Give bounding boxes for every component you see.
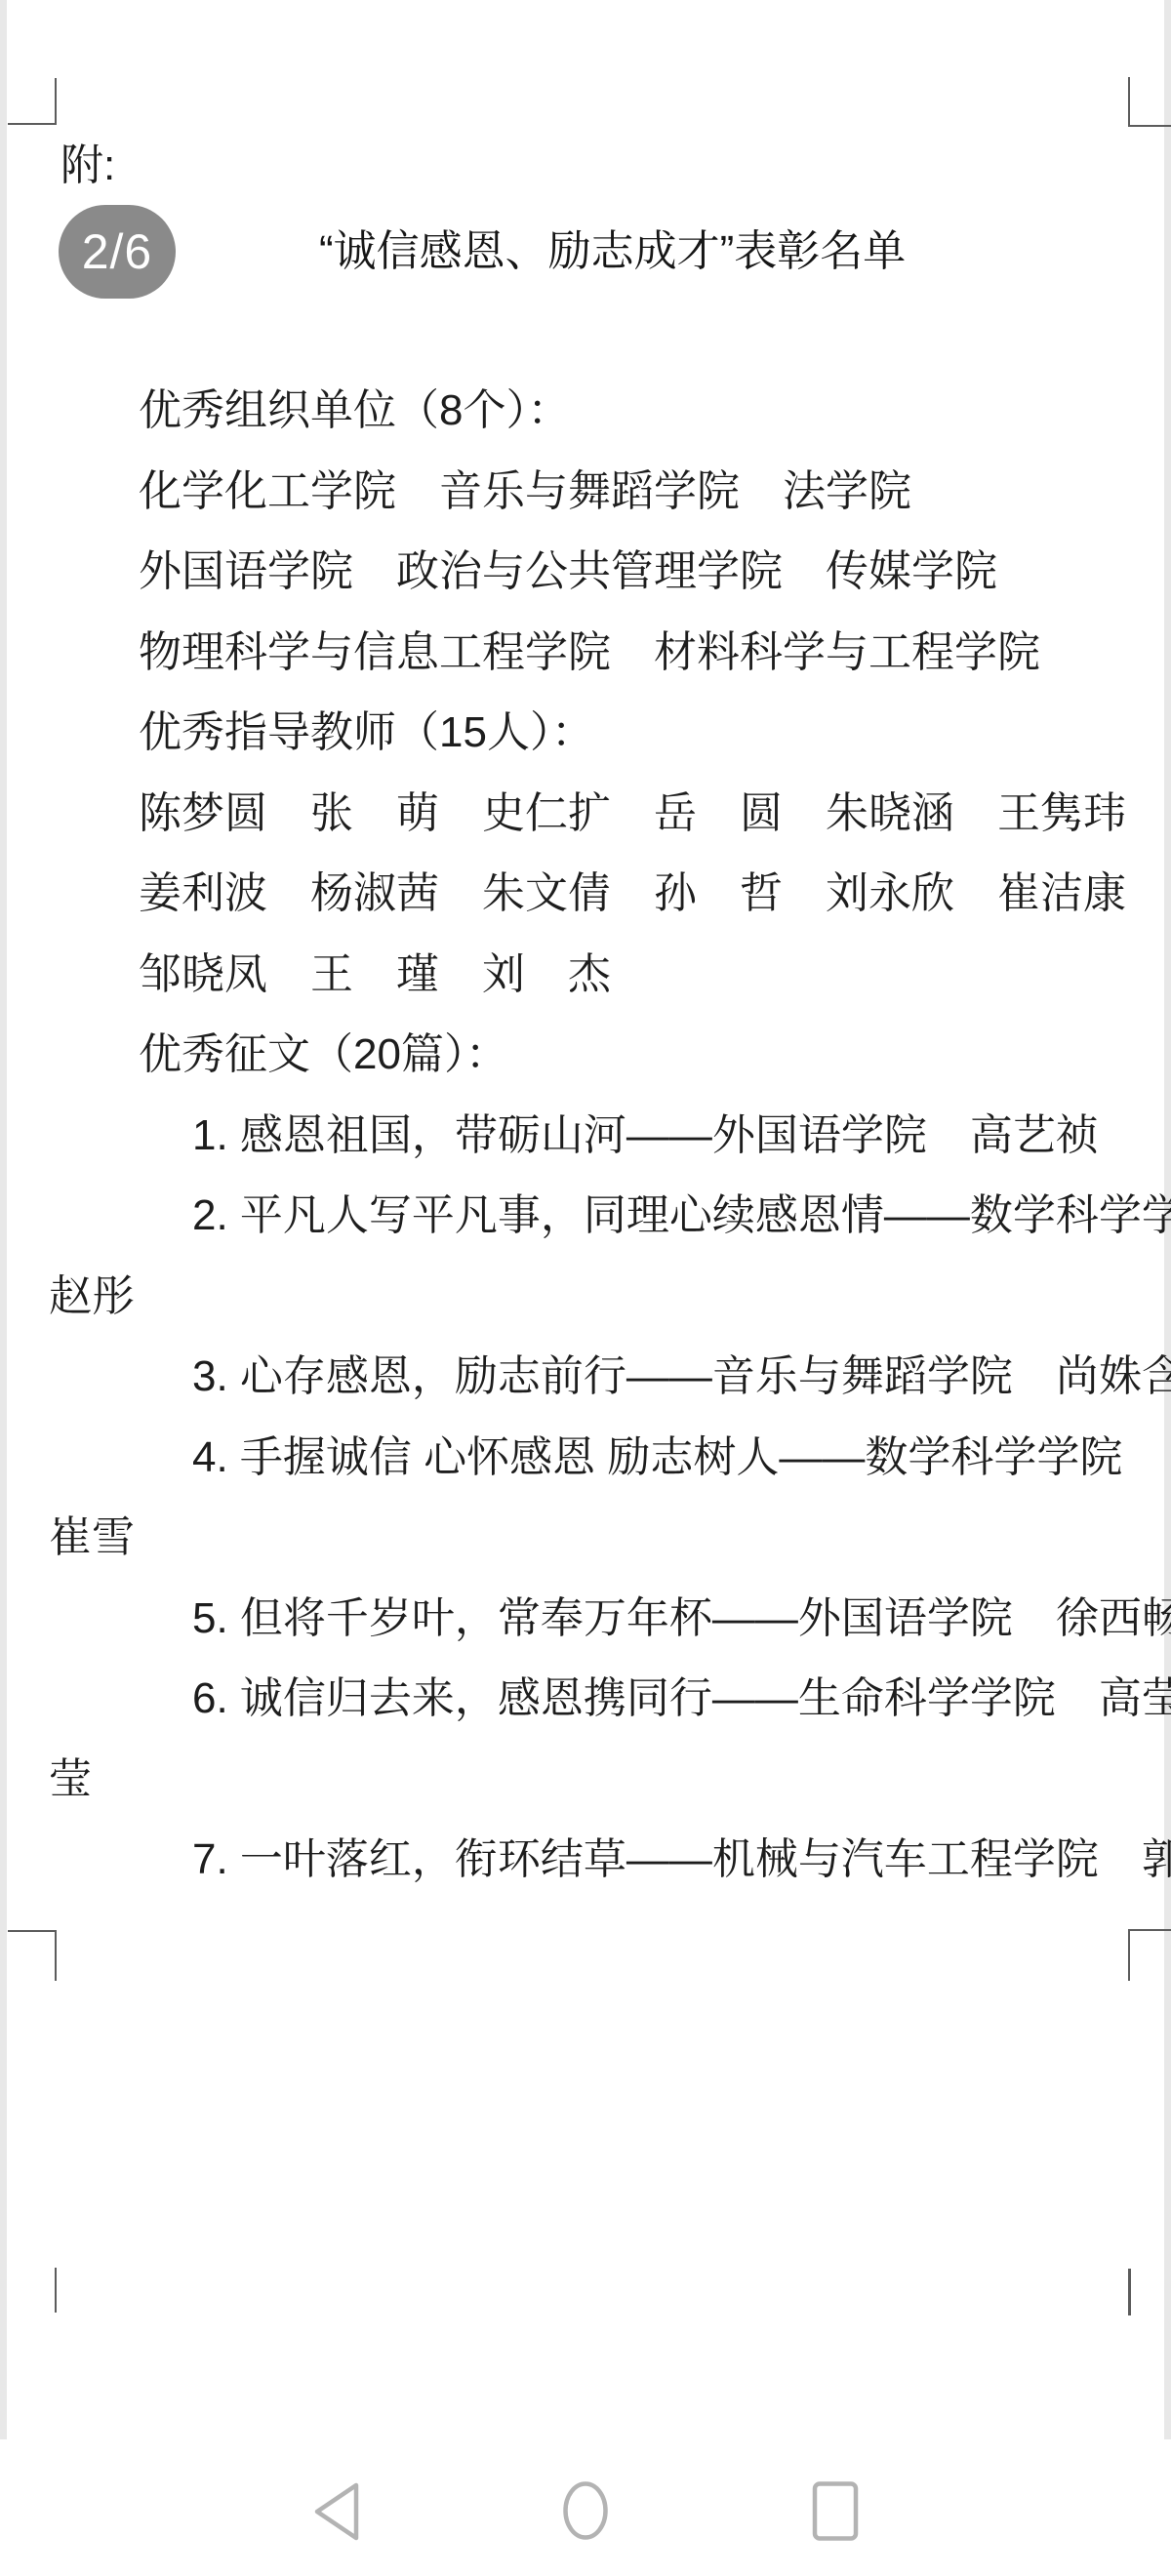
doc-line: 物理科学与信息工程学院 材料科学与工程学院 — [139, 625, 1040, 680]
doc-line: 优秀征文（20篇）： — [139, 1027, 508, 1082]
doc-line: 莹 — [49, 1752, 92, 1807]
doc-line: 陈梦圆 张 萌 史仁扩 岳 圆 朱晓涵 王隽玮 — [139, 786, 1126, 841]
doc-line: 外国语学院 政治与公共管理学院 传媒学院 — [139, 544, 997, 599]
crop-mark-bottom-left-h — [8, 1930, 57, 1932]
crop-mark-bottom-right-h — [1128, 1929, 1171, 1931]
doc-line: 邹晓凤 王 瑾 刘 杰 — [139, 947, 611, 1002]
margin-tick-right — [1128, 2269, 1131, 2315]
margin-tick-left — [55, 2268, 57, 2313]
home-button[interactable] — [558, 2478, 613, 2545]
doc-line: 崔雪 — [49, 1510, 135, 1565]
doc-line: 优秀组织单位（8个）： — [139, 383, 570, 438]
page-title: “诚信感恩、励志成才”表彰名单 — [319, 221, 906, 283]
android-nav-bar — [0, 2439, 1171, 2576]
recents-square-icon — [811, 2480, 860, 2543]
crop-mark-top-right-h — [1128, 125, 1171, 127]
recents-button[interactable] — [808, 2478, 863, 2545]
doc-line: 化学化工学院 音乐与舞蹈学院 法学院 — [139, 464, 911, 519]
back-button[interactable] — [308, 2478, 363, 2545]
doc-line: 3. 心存感恩，励志前行——音乐与舞蹈学院 尚姝含 — [192, 1349, 1171, 1404]
doc-line: 姜利波 杨淑茜 朱文倩 孙 哲 刘永欣 崔洁康 — [139, 866, 1126, 921]
document-page[interactable]: 附: 2/6 “诚信感恩、励志成才”表彰名单 优秀组织单位（8个）：化学化工学院… — [0, 0, 1171, 2381]
doc-line: 6. 诚信归去来，感恩携同行——生命科学学院 高莹 — [192, 1671, 1171, 1726]
crop-mark-top-left-h — [8, 123, 57, 125]
doc-line: 1. 感恩祖国，带砺山河——外国语学院 高艺祯 — [192, 1108, 1099, 1163]
doc-line: 5. 但将千岁叶，常奉万年杯——外国语学院 徐西畅 — [192, 1591, 1171, 1646]
doc-line: 7. 一叶落红，衔环结草——机械与汽车工程学院 郭 — [192, 1832, 1171, 1887]
attachment-label: 附: — [61, 137, 115, 195]
crop-mark-bottom-left-v — [55, 1930, 57, 1981]
doc-line: 2. 平凡人写平凡事，同理心续感恩情——数学科学学院 — [192, 1188, 1171, 1243]
home-circle-icon — [561, 2480, 610, 2543]
doc-line: 优秀指导教师（15人）： — [139, 705, 594, 760]
crop-mark-top-left-v — [55, 78, 57, 125]
page-number-badge: 2/6 — [59, 205, 176, 299]
crop-mark-top-right-v — [1128, 77, 1130, 127]
doc-line: 赵彤 — [49, 1269, 135, 1324]
doc-line: 4. 手握诚信 心怀感恩 励志树人——数学科学学院 — [192, 1430, 1122, 1485]
back-triangle-icon — [310, 2480, 361, 2543]
screen: 附: 2/6 “诚信感恩、励志成才”表彰名单 优秀组织单位（8个）：化学化工学院… — [0, 0, 1171, 2576]
crop-mark-bottom-right-v — [1128, 1929, 1130, 1981]
